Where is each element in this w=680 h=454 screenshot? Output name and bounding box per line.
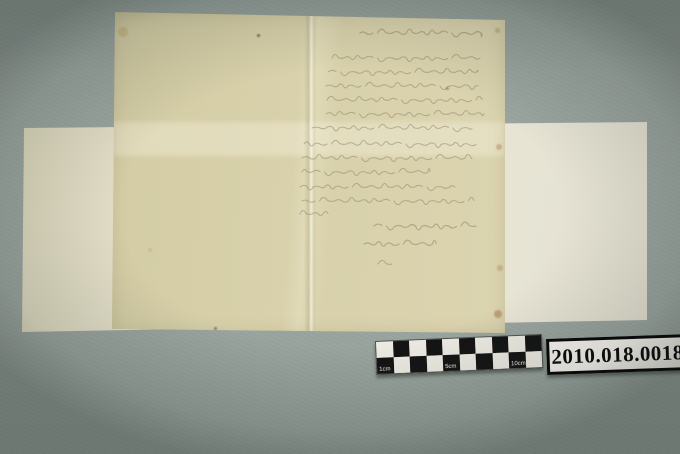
scale-square: [525, 351, 542, 368]
foxing-spot: [494, 310, 502, 318]
foxing-spot: [118, 27, 128, 37]
foxing-spot: [495, 28, 500, 33]
handwriting-line: [312, 124, 472, 131]
foxing-spot: [496, 144, 502, 150]
scale-square: [409, 340, 426, 357]
scale-square: 5cm: [443, 354, 460, 371]
scale-square: [458, 338, 475, 355]
handwriting-line: [374, 222, 476, 230]
foxing-spot: [257, 34, 260, 37]
scale-label: 5cm: [445, 364, 457, 370]
handwriting-line: [364, 240, 436, 246]
handwriting: [112, 12, 505, 333]
handwriting-line: [378, 260, 392, 264]
scale-square: 10cm: [509, 352, 526, 369]
scale-square: [376, 341, 393, 358]
handwriting-line: [304, 140, 476, 147]
letter-paper: [112, 12, 505, 333]
scale-square: [393, 357, 410, 374]
foxing-spot: [214, 327, 217, 330]
scale-square: [426, 355, 443, 372]
foxing-spot: [446, 87, 449, 90]
scale-square: [524, 335, 541, 352]
photo-backdrop: 1cm5cm10cm 2010.018.0018: [0, 0, 680, 454]
scale-square: [442, 339, 459, 356]
handwriting-line: [360, 29, 482, 37]
handwriting-line: [300, 211, 328, 216]
handwriting-line: [327, 96, 482, 103]
accession-number: 2010.018.0018: [551, 340, 680, 370]
scale-square: [508, 336, 525, 353]
accession-label: 2010.018.0018: [546, 334, 680, 375]
scale-square: [492, 352, 509, 369]
scale-square: 1cm: [377, 357, 394, 374]
foxing-spot: [497, 265, 503, 271]
scale-square: [459, 354, 476, 371]
foxing-spot: [148, 248, 152, 252]
handwriting-line: [300, 183, 455, 190]
handwriting-line: [302, 154, 472, 161]
handwriting-line: [326, 110, 484, 117]
scale-square: [425, 339, 442, 356]
handwriting-line: [302, 168, 430, 175]
scale-square: [393, 341, 410, 358]
scale-square: [475, 337, 492, 354]
scale-bar: 1cm5cm10cm: [375, 334, 543, 375]
handwriting-line: [328, 68, 478, 75]
scale-square: [491, 336, 508, 353]
handwriting-line: [332, 54, 480, 61]
scale-square: [476, 353, 493, 370]
scale-square: [410, 356, 427, 373]
scale-label: 1cm: [379, 366, 391, 372]
handwriting-line: [326, 82, 478, 89]
scale-label: 10cm: [511, 361, 526, 368]
handwriting-line: [302, 197, 474, 204]
